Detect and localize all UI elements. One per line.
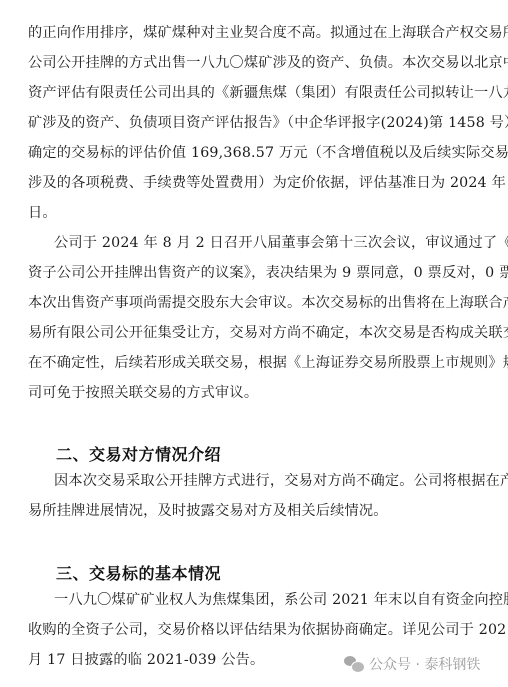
paragraph1-line: 的正向作用排序，煤矿煤种对主业契合度不高。拟通过在上海联合产权交易所有限: [28, 23, 508, 43]
section2-line: 易所挂牌进展情况，及时披露交易对方及相关后续情况。: [28, 501, 388, 521]
section3-line: 一八九〇煤矿矿业权人为焦煤集团，系公司 2021 年末以自有资金向控股股东: [54, 590, 508, 610]
wechat-icon: [344, 656, 364, 672]
section-heading-target: 三、交易标的基本情况: [56, 561, 221, 584]
paragraph2-line: 公司于 2024 年 8 月 2 日召开八届董事会第十三次会议，审议通过了《关于…: [54, 233, 508, 253]
section3-line: 收购的全资子公司，交易价格以评估结果为依据协商确定。详见公司于 2021 年 1…: [28, 620, 508, 640]
paragraph2-line: 本次出售资产事项尚需提交股东大会审议。本次交易标的出售将在上海联合产权交: [28, 293, 508, 313]
paragraph1-line: 确定的交易标的评估价值 169,368.57 万元（不含增值税以及后续实际交易过…: [28, 143, 508, 163]
paragraph1-line: 公司公开挂牌的方式出售一八九〇煤矿涉及的资产、负债。本次交易以北京中企华: [28, 53, 508, 73]
watermark: 公众号 · 泰科钢铁: [344, 654, 480, 674]
section3-line: 月 17 日披露的临 2021-039 公告。: [28, 650, 264, 670]
paragraph2-line: 易所有限公司公开征集受让方，交易对方尚不确定，本次交易是否构成关联交易存: [28, 323, 508, 343]
paragraph1-line: 资产评估有限责任公司出具的《新疆焦煤（集团）有限责任公司拟转让一八九〇煤: [28, 83, 508, 103]
paragraph2-line: 资子公司公开挂牌出售资产的议案》，表决结果为 9 票同意，0 票反对，0 票弃权…: [28, 263, 508, 283]
paragraph1-line: 涉及的各项税费、手续费等处置费用）为定价依据，评估基准日为 2024 年 3 月…: [28, 173, 508, 193]
section-heading-counterparty: 二、交易对方情况介绍: [56, 442, 221, 465]
paragraph1-line: 矿涉及的资产、负债项目资产评估报告》（中企华评报字(2024)第 1458 号）…: [28, 113, 508, 133]
watermark-text: 公众号 · 泰科钢铁: [369, 654, 480, 674]
paragraph2-line: 司可免于按照关联交易的方式审议。: [28, 383, 258, 403]
paragraph1-line: 日。: [28, 203, 57, 223]
section2-line: 因本次交易采取公开挂牌方式进行，交易对方尚不确定。公司将根据在产权交: [54, 471, 508, 491]
paragraph2-line: 在不确定性，后续若形成关联交易，根据《上海证券交易所股票上市规则》规定公: [28, 353, 508, 373]
